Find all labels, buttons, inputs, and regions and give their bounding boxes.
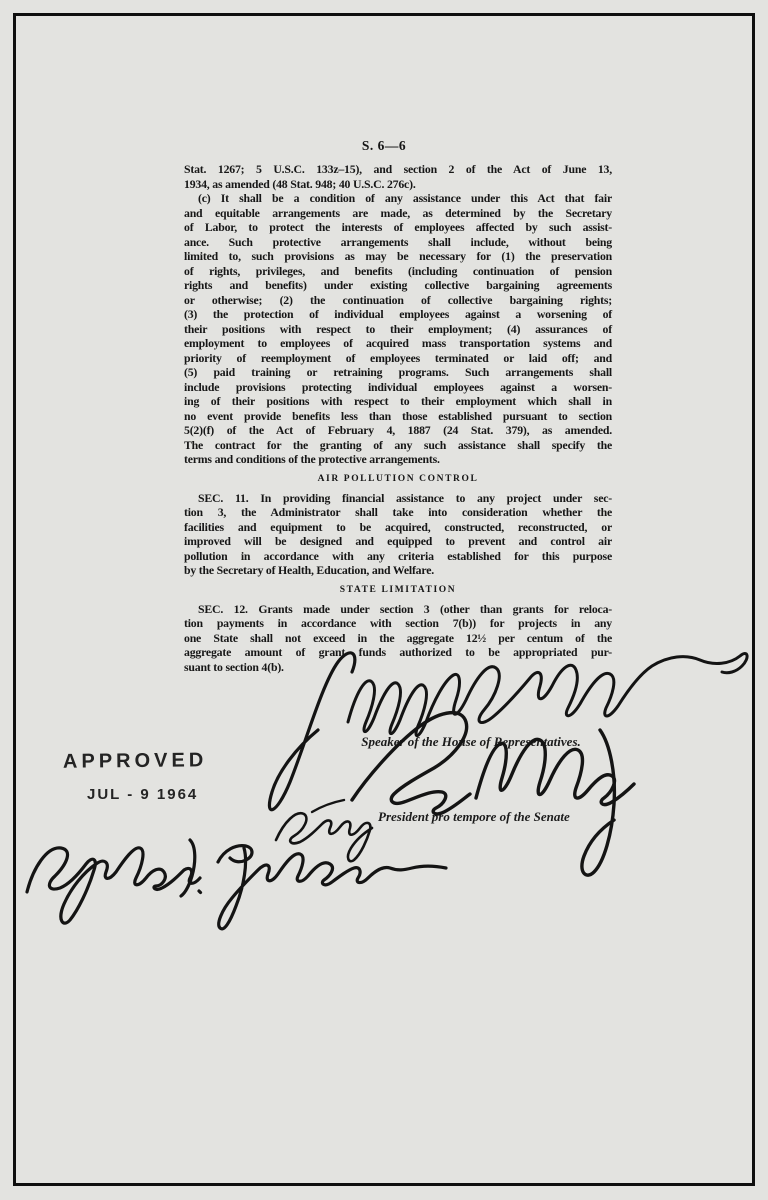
mccormack-signature: [269, 653, 747, 810]
johnson-signature: [27, 840, 446, 929]
metcalf-signature: [352, 713, 634, 876]
document-page: S. 6—6 Stat. 1267; 5 U.S.C. 133z–15), an…: [0, 0, 768, 1200]
signatures-overlay: [0, 0, 768, 1200]
acting-handwritten: [276, 800, 372, 861]
